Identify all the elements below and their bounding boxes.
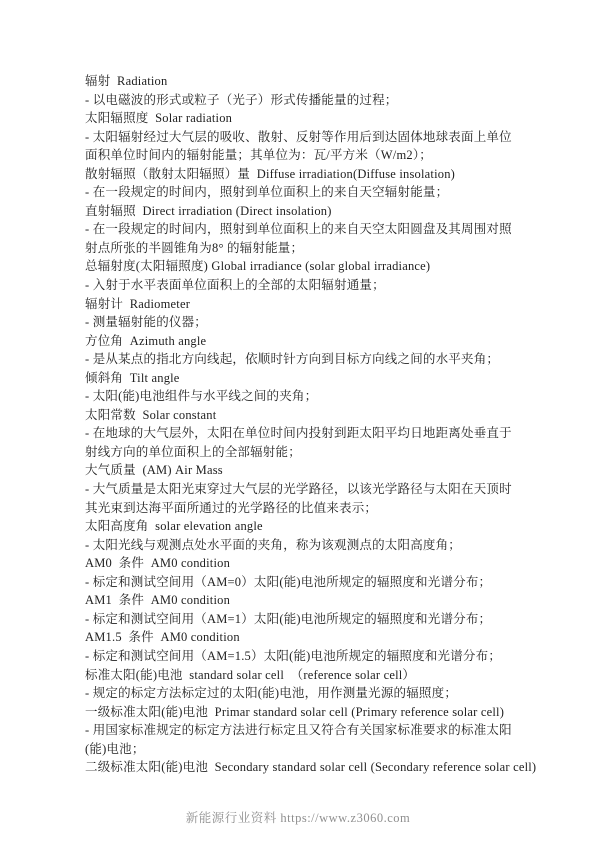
text-line: 直射辐照 Direct irradiation (Direct insolati… — [85, 202, 535, 221]
document-body: 辐射 Radiation- 以电磁波的形式或粒子（光子）形式传播能量的过程；太阳… — [85, 72, 535, 777]
text-line: 辐射计 Radiometer — [85, 295, 535, 314]
text-line: 太阳常数 Solar constant — [85, 406, 535, 425]
footer-watermark: 新能源行业资料 https://www.z3060.com — [186, 811, 410, 825]
text-line: 射点所张的半圆锥角为8° 的辐射能量； — [85, 239, 535, 258]
text-line: 辐射 Radiation — [85, 72, 535, 91]
text-line: 太阳辐照度 Solar radiation — [85, 109, 535, 128]
text-line: 方位角 Azimuth angle — [85, 332, 535, 351]
text-line: - 大气质量是太阳光束穿过大气层的光学路径，以该光学路径与太阳在天顶时 — [85, 480, 535, 499]
text-line: - 太阳(能)电池组件与水平线之间的夹角； — [85, 387, 535, 406]
text-line: 面积单位时间内的辐射能量；其单位为：瓦/平方米（W/m2）； — [85, 146, 535, 165]
text-line: - 标定和测试空间用（AM=1.5）太阳(能)电池所规定的辐照度和光谱分布； — [85, 647, 535, 666]
text-line: 大气质量 (AM) Air Mass — [85, 461, 535, 480]
document-page: 辐射 Radiation- 以电磁波的形式或粒子（光子）形式传播能量的过程；太阳… — [0, 0, 596, 842]
text-line: 一级标准太阳(能)电池 Primar standard solar cell (… — [85, 703, 535, 722]
text-line: - 标定和测试空间用（AM=0）太阳(能)电池所规定的辐照度和光谱分布； — [85, 573, 535, 592]
text-line: 散射辐照（散射太阳辐照）量 Diffuse irradiation(Diffus… — [85, 165, 535, 184]
text-line: 倾斜角 Tilt angle — [85, 369, 535, 388]
text-line: 二级标准太阳(能)电池 Secondary standard solar cel… — [85, 758, 535, 777]
text-line: - 在一段规定的时间内，照射到单位面积上的来自天空太阳圆盘及其周围对照 — [85, 220, 535, 239]
text-line: 太阳高度角 solar elevation angle — [85, 517, 535, 536]
text-line: - 规定的标定方法标定过的太阳(能)电池，用作测量光源的辐照度； — [85, 684, 535, 703]
text-line: - 在一段规定的时间内，照射到单位面积上的来自天空辐射能量； — [85, 183, 535, 202]
text-line: - 太阳辐射经过大气层的吸收、散射、反射等作用后到达固体地球表面上单位 — [85, 128, 535, 147]
page-footer: 新能源行业资料 https://www.z3060.com — [0, 808, 596, 827]
text-line: - 太阳光线与观测点处水平面的夹角，称为该观测点的太阳高度角； — [85, 536, 535, 555]
text-line: - 入射于水平表面单位面积上的全部的太阳辐射通量； — [85, 276, 535, 295]
text-line: - 标定和测试空间用（AM=1）太阳(能)电池所规定的辐照度和光谱分布； — [85, 610, 535, 629]
text-line: (能)电池； — [85, 740, 535, 759]
text-line: 总辐射度(太阳辐照度) Global irradiance (solar glo… — [85, 257, 535, 276]
text-line: - 测量辐射能的仪器； — [85, 313, 535, 332]
text-line: 其光束到达海平面所通过的光学路径的比值来表示； — [85, 499, 535, 518]
text-line: 标准太阳(能)电池 standard solar cell （reference… — [85, 666, 535, 685]
text-line: AM1.5 条件 AM0 condition — [85, 628, 535, 647]
text-line: - 是从某点的指北方向线起，依顺时针方向到目标方向线之间的水平夹角； — [85, 350, 535, 369]
text-line: - 以电磁波的形式或粒子（光子）形式传播能量的过程； — [85, 91, 535, 110]
text-line: AM1 条件 AM0 condition — [85, 591, 535, 610]
text-line: - 在地球的大气层外，太阳在单位时间内投射到距太阳平均日地距离处垂直于 — [85, 424, 535, 443]
text-line: 射线方向的单位面积上的全部辐射能； — [85, 443, 535, 462]
text-line: - 用国家标准规定的标定方法进行标定且又符合有关国家标准要求的标准太阳 — [85, 721, 535, 740]
text-line: AM0 条件 AM0 condition — [85, 554, 535, 573]
